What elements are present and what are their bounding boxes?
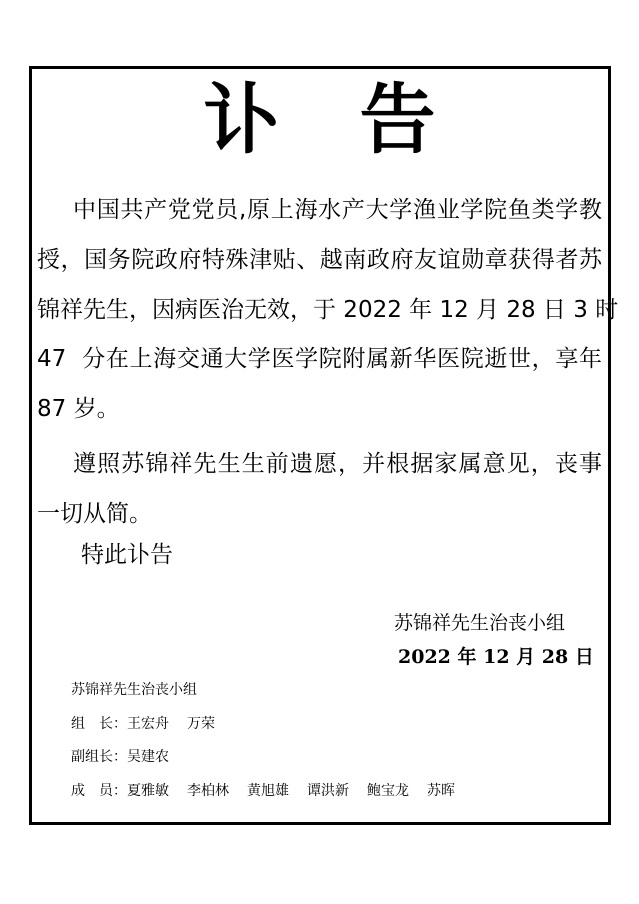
title-char-1: 讣 — [204, 78, 280, 162]
obituary-paragraph-1: 中国共产党党员,原上海水产大学渔业学院鱼类学教 授，国务院政府特殊津贴、越南政府… — [37, 186, 602, 435]
deputy-role: 副组长： — [71, 741, 127, 775]
paragraph-1-line-3: 锦祥先生，因病医治无效，于 2022 年 12 月 28 日 3 时 — [37, 286, 602, 336]
leader-member: 王宏舟 — [127, 716, 169, 732]
paragraph-1-line-2: 授，国务院政府特殊津贴、越南政府友谊勋章获得者苏 — [37, 236, 602, 286]
committee-member: 李柏林 — [187, 783, 229, 799]
closing-phrase: 特此讣告 — [81, 532, 173, 578]
committee-members-row: 成员：夏雅敏李柏林黄旭雄谭洪新鲍宝龙苏晖 — [71, 775, 473, 809]
leader-role-b: 长： — [99, 708, 127, 742]
obituary-paragraph-2: 遵照苏锦祥先生生前遗愿，并根据家属意见，丧事 一切从简。 — [37, 440, 602, 540]
members-role-a: 成 — [71, 775, 85, 809]
paragraph-1-line-1: 中国共产党党员,原上海水产大学渔业学院鱼类学教 — [37, 186, 602, 236]
leader-member: 万荣 — [187, 716, 215, 732]
committee-heading: 苏锦祥先生治丧小组 — [71, 674, 473, 708]
committee-member: 谭洪新 — [307, 783, 349, 799]
members-role-b: 员： — [99, 775, 127, 809]
paragraph-2-line-1: 遵照苏锦祥先生生前遗愿，并根据家属意见，丧事 — [37, 440, 602, 490]
leader-role-a: 组 — [71, 708, 85, 742]
deputy-member: 吴建农 — [127, 749, 169, 765]
committee-member: 夏雅敏 — [127, 783, 169, 799]
committee-deputy-row: 副组长：吴建农 — [71, 741, 473, 775]
paragraph-1-line-4: 47 分在上海交通大学医学院附属新华医院逝世，享年 — [37, 335, 602, 385]
obituary-title: 讣 告 — [0, 78, 639, 162]
signature-name: 苏锦祥先生治丧小组 — [394, 609, 565, 637]
committee-member: 苏晖 — [427, 783, 455, 799]
committee-member: 鲍宝龙 — [367, 783, 409, 799]
committee-leader-row: 组长：王宏舟万荣 — [71, 708, 473, 742]
paragraph-1-line-5: 87 岁。 — [37, 385, 602, 435]
committee-list: 苏锦祥先生治丧小组 组长：王宏舟万荣 副组长：吴建农 成员：夏雅敏李柏林黄旭雄谭… — [71, 674, 473, 808]
signature-date: 2022 年 12 月 28 日 — [398, 643, 594, 671]
committee-member: 黄旭雄 — [247, 783, 289, 799]
title-char-2: 告 — [360, 78, 436, 162]
